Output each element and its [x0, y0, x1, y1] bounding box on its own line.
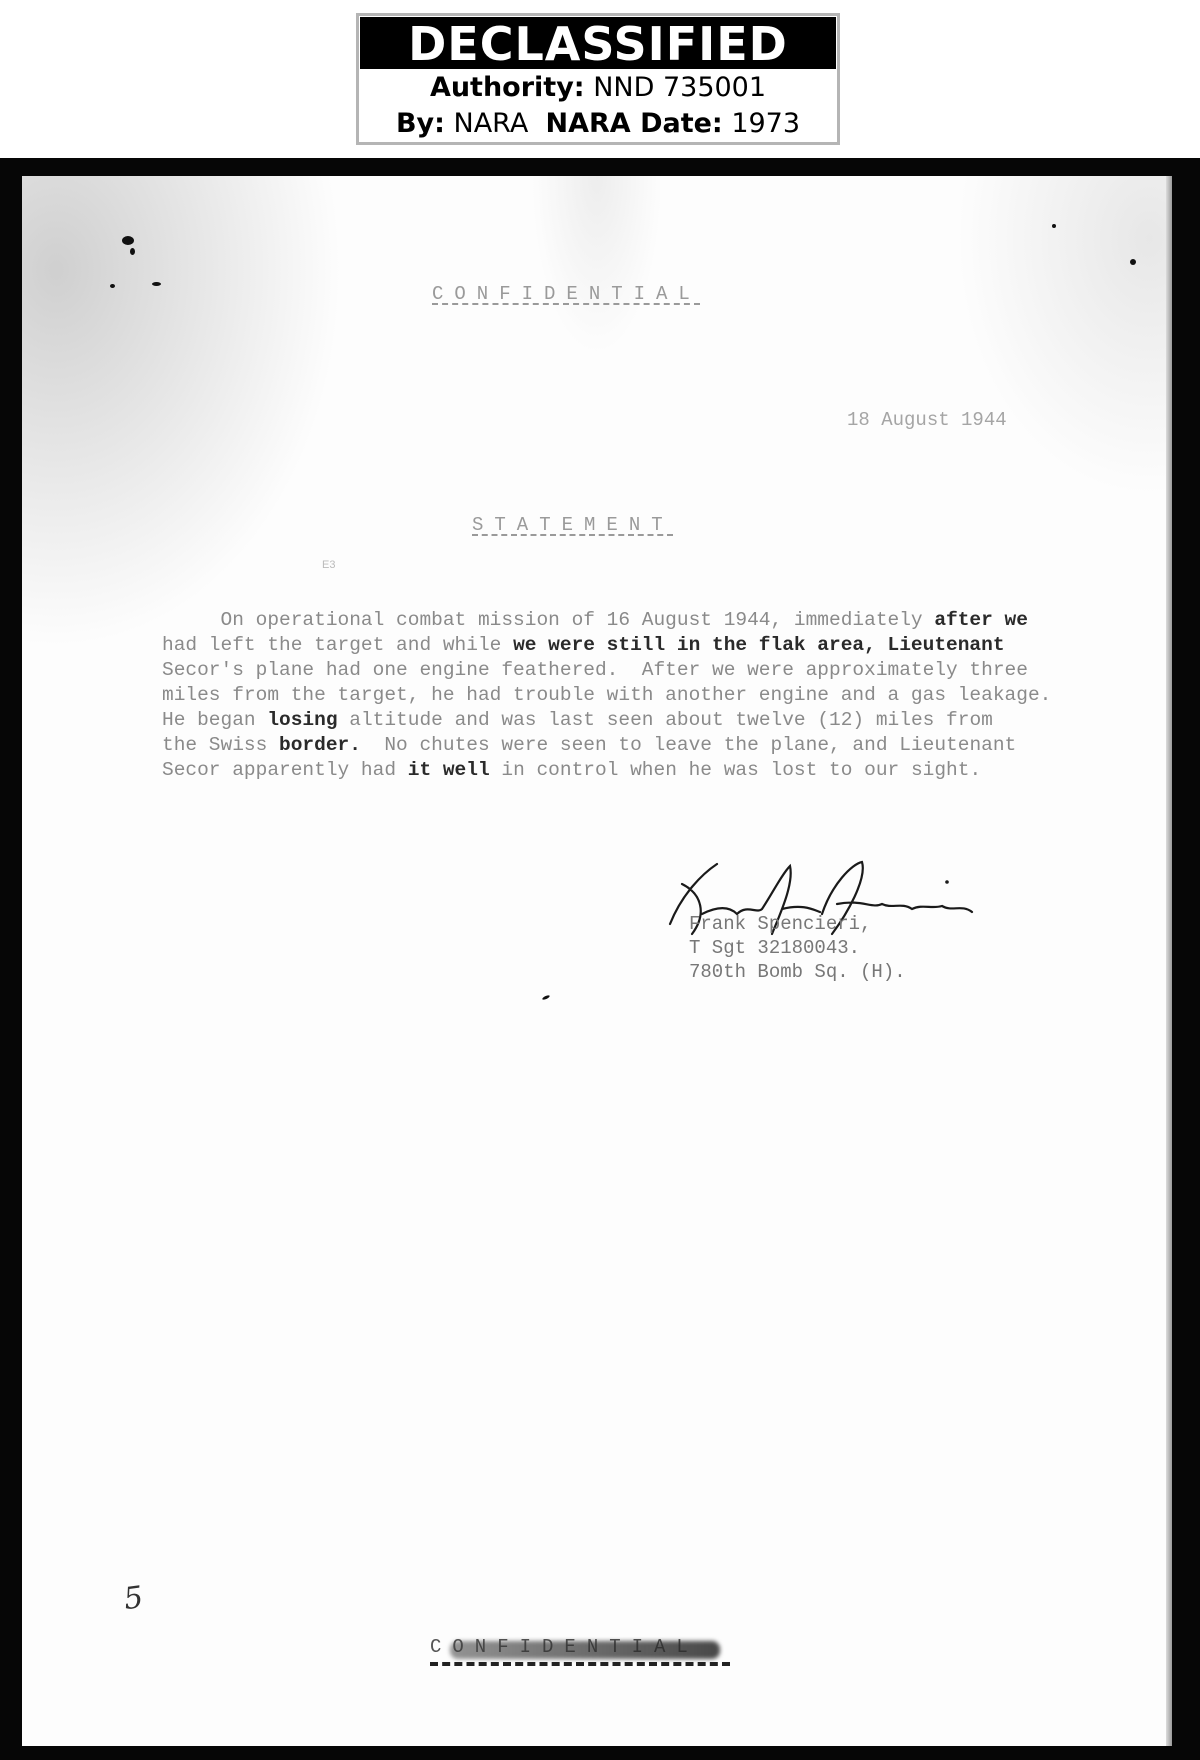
- body-line: On operational combat mission of 16 Augu…: [162, 608, 1122, 633]
- ink-speck: [152, 282, 161, 286]
- signer-name: Frank Spencieri,: [689, 912, 906, 936]
- scanned-page: CONFIDENTIAL 18 August 1944 STATEMENT E3…: [0, 158, 1200, 1760]
- ink-speck: [110, 284, 115, 288]
- body-line: the Swiss border. No chutes were seen to…: [162, 733, 1122, 758]
- body-line: He began losing altitude and was last se…: [162, 708, 1122, 733]
- ink-speck: [130, 248, 135, 255]
- stamp-by-date: By: NARA NARA Date: 1973: [359, 106, 837, 142]
- signer-unit: 780th Bomb Sq. (H).: [689, 960, 906, 984]
- body-line: Secor's plane had one engine feathered. …: [162, 658, 1122, 683]
- stamp-date-label: NARA Date:: [546, 108, 723, 139]
- document-heading: STATEMENT: [472, 514, 674, 536]
- ink-speck: [122, 236, 134, 245]
- ink-speck: [1130, 259, 1136, 265]
- signer-rank-serial: T Sgt 32180043.: [689, 936, 906, 960]
- strikeout-smear: [450, 1641, 720, 1659]
- paper-sheet: CONFIDENTIAL 18 August 1944 STATEMENT E3…: [22, 176, 1172, 1746]
- stamp-authority: Authority: NND 735001: [359, 70, 837, 106]
- body-line: miles from the target, he had trouble wi…: [162, 683, 1122, 708]
- stamp-date-value: 1973: [731, 108, 800, 139]
- ink-speck: [1052, 224, 1056, 228]
- stamp-authority-value: NND 735001: [593, 72, 766, 103]
- paper-edge: [1166, 176, 1172, 1746]
- handwritten-page-number: 5: [122, 1580, 146, 1617]
- body-line: Secor apparently had it well in control …: [162, 758, 1122, 783]
- stamp-authority-label: Authority:: [430, 72, 585, 103]
- stamp-by-value: NARA: [454, 108, 529, 139]
- body-line: had left the target and while we were st…: [162, 633, 1122, 658]
- ink-speck: [542, 994, 551, 1000]
- statement-body: On operational combat mission of 16 Augu…: [162, 608, 1122, 783]
- signature-block: Frank Spencieri, T Sgt 32180043. 780th B…: [689, 912, 906, 984]
- classification-top: CONFIDENTIAL: [432, 283, 701, 305]
- classification-bottom: CONFIDENTIAL: [430, 1636, 699, 1658]
- document-date: 18 August 1944: [847, 409, 1007, 431]
- stamp-title: DECLASSIFIED: [360, 17, 836, 69]
- margin-mark: E3: [322, 559, 335, 571]
- stamp-by-label: By:: [396, 108, 445, 139]
- bottom-underline: [430, 1662, 730, 1666]
- declassified-stamp: DECLASSIFIED Authority: NND 735001 By: N…: [356, 13, 840, 145]
